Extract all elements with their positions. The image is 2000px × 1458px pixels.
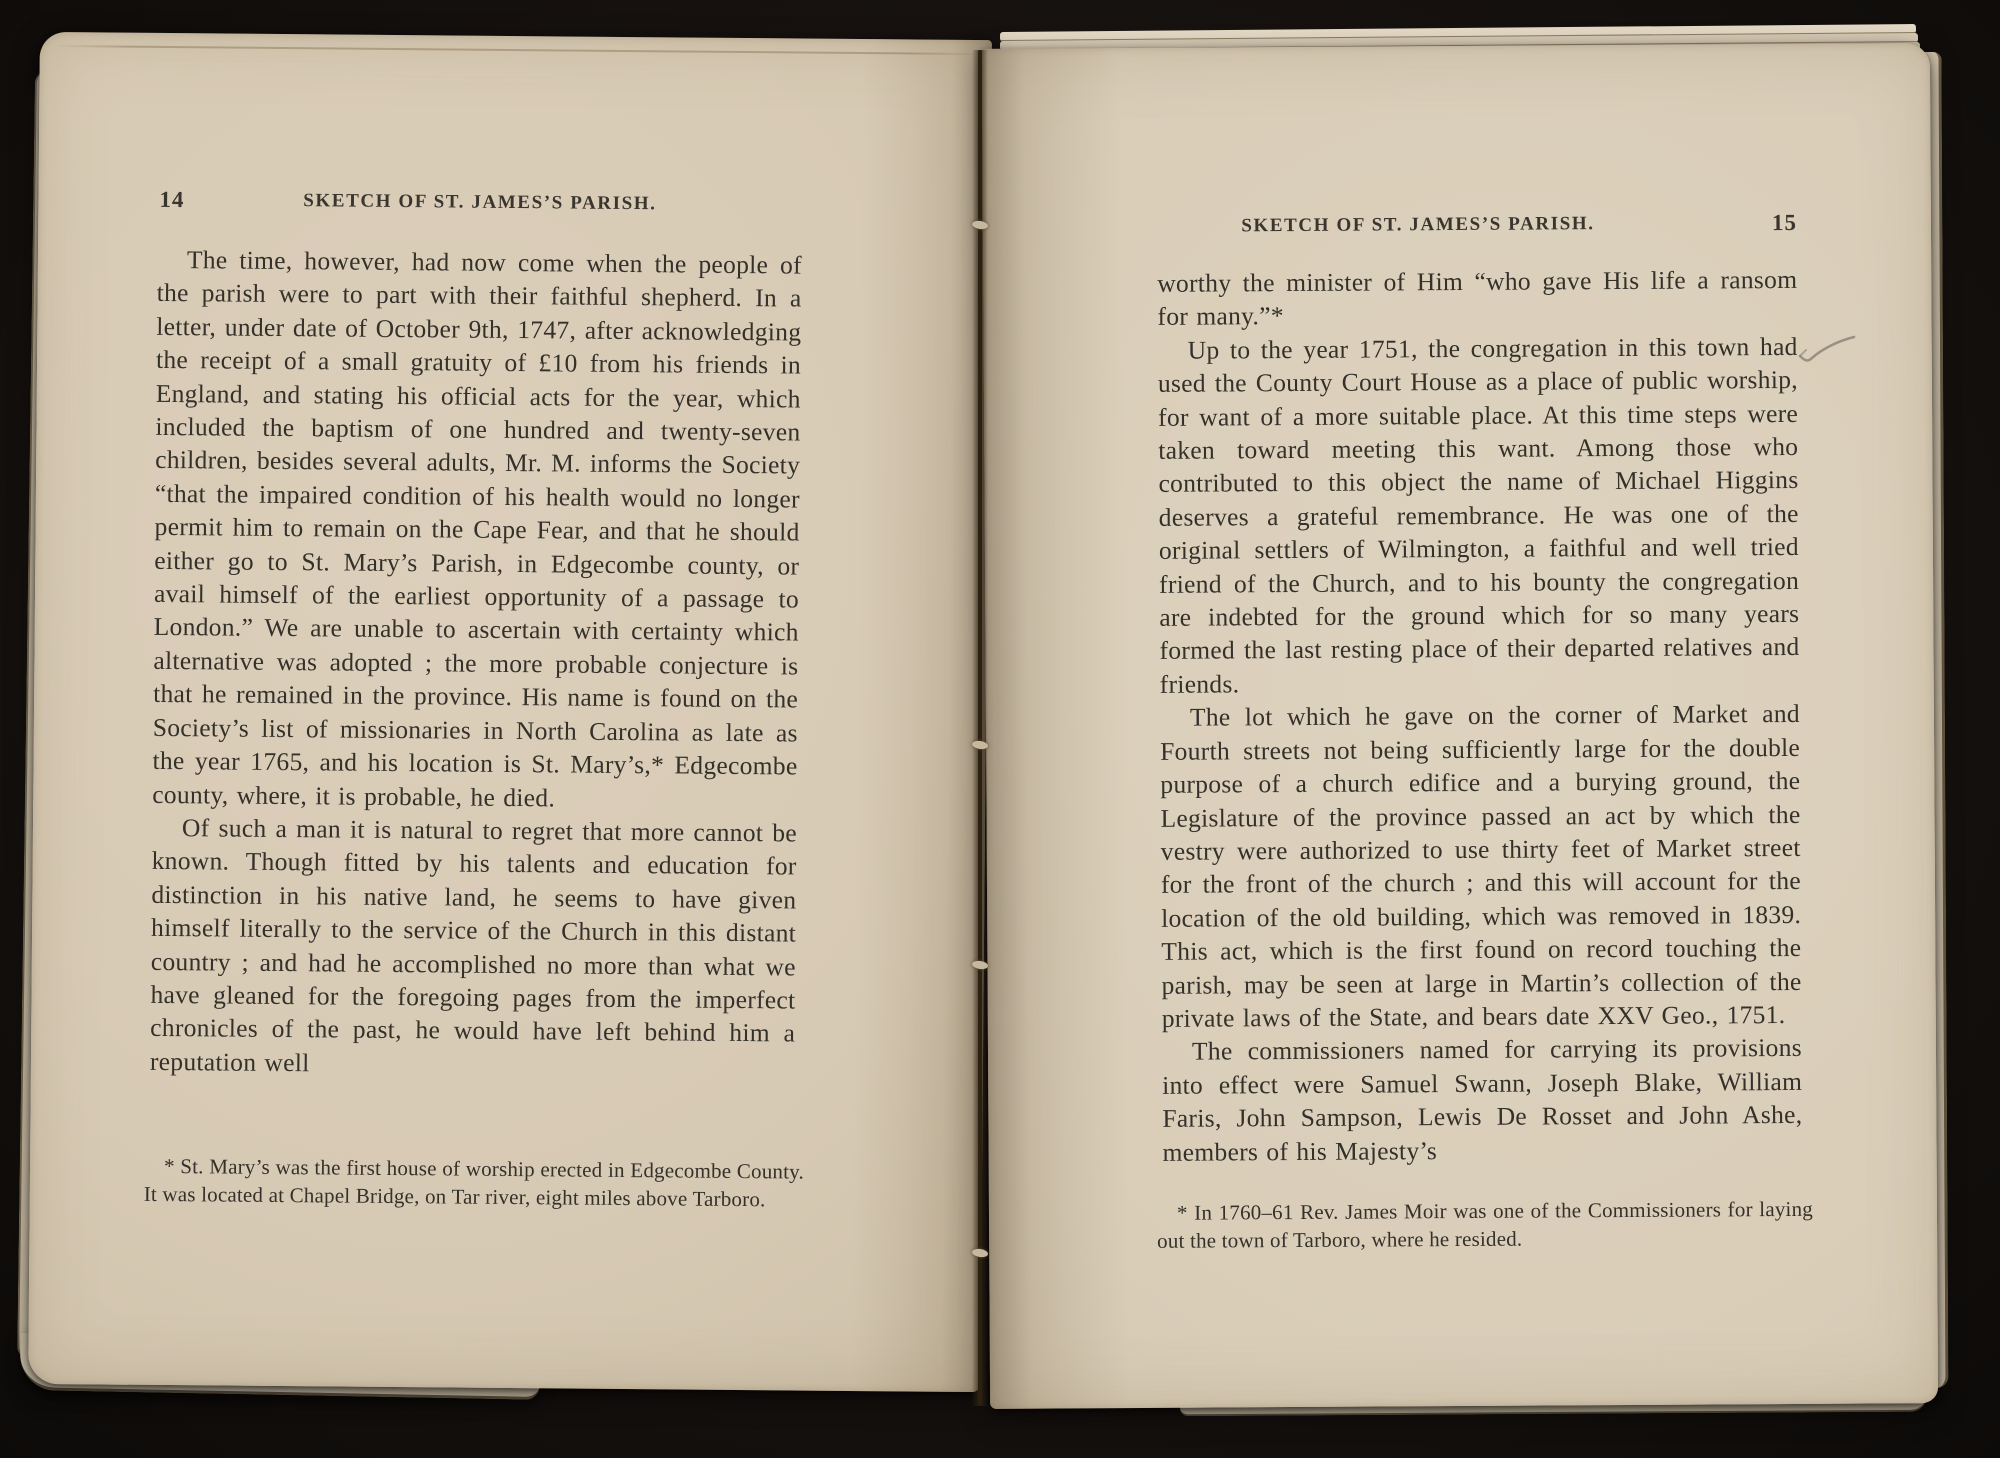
book-spread-photo: 14 SKETCH OF ST. JAMES’S PARISH. The tim… [0,0,2000,1458]
left-page-number: 14 [159,187,184,213]
paragraph: worthy the minister of Him “who gave His… [1157,263,1797,334]
paragraph: The time, however, had now come when the… [152,243,802,817]
left-page: 14 SKETCH OF ST. JAMES’S PARISH. The tim… [28,32,992,1392]
paragraph: The commissioners named for carrying its… [1162,1031,1803,1169]
right-footnote: * In 1760–61 Rev. James Moir was one of … [1157,1196,1813,1255]
under-page-top-edge [54,45,986,55]
right-page-number: 15 [1772,210,1797,236]
right-page: SKETCH OF ST. JAMES’S PARISH. 15 worthy … [982,43,1938,1409]
footnote-text: * In 1760–61 Rev. James Moir was one of … [1157,1196,1813,1255]
left-body-text: The time, however, had now come when the… [150,243,802,1084]
paragraph: Up to the year 1751, the congregation in… [1158,330,1800,701]
right-body-text: worthy the minister of Him “who gave His… [1157,263,1802,1169]
left-running-header: 14 SKETCH OF ST. JAMES’S PARISH. [157,189,802,225]
right-running-title: SKETCH OF ST. JAMES’S PARISH. [1157,212,1797,238]
pencil-checkmark [1796,332,1858,370]
right-running-header: SKETCH OF ST. JAMES’S PARISH. 15 [1157,212,1797,246]
left-footnote: * St. Mary’s was the first house of wors… [144,1153,804,1214]
binding-gutter [972,50,988,1406]
left-running-title: SKETCH OF ST. JAMES’S PARISH. [157,189,802,217]
paragraph: Of such a man it is natural to regret th… [150,811,797,1084]
footnote-text: * St. Mary’s was the first house of wors… [144,1153,804,1214]
paragraph: The lot which he gave on the corner of M… [1160,697,1802,1035]
